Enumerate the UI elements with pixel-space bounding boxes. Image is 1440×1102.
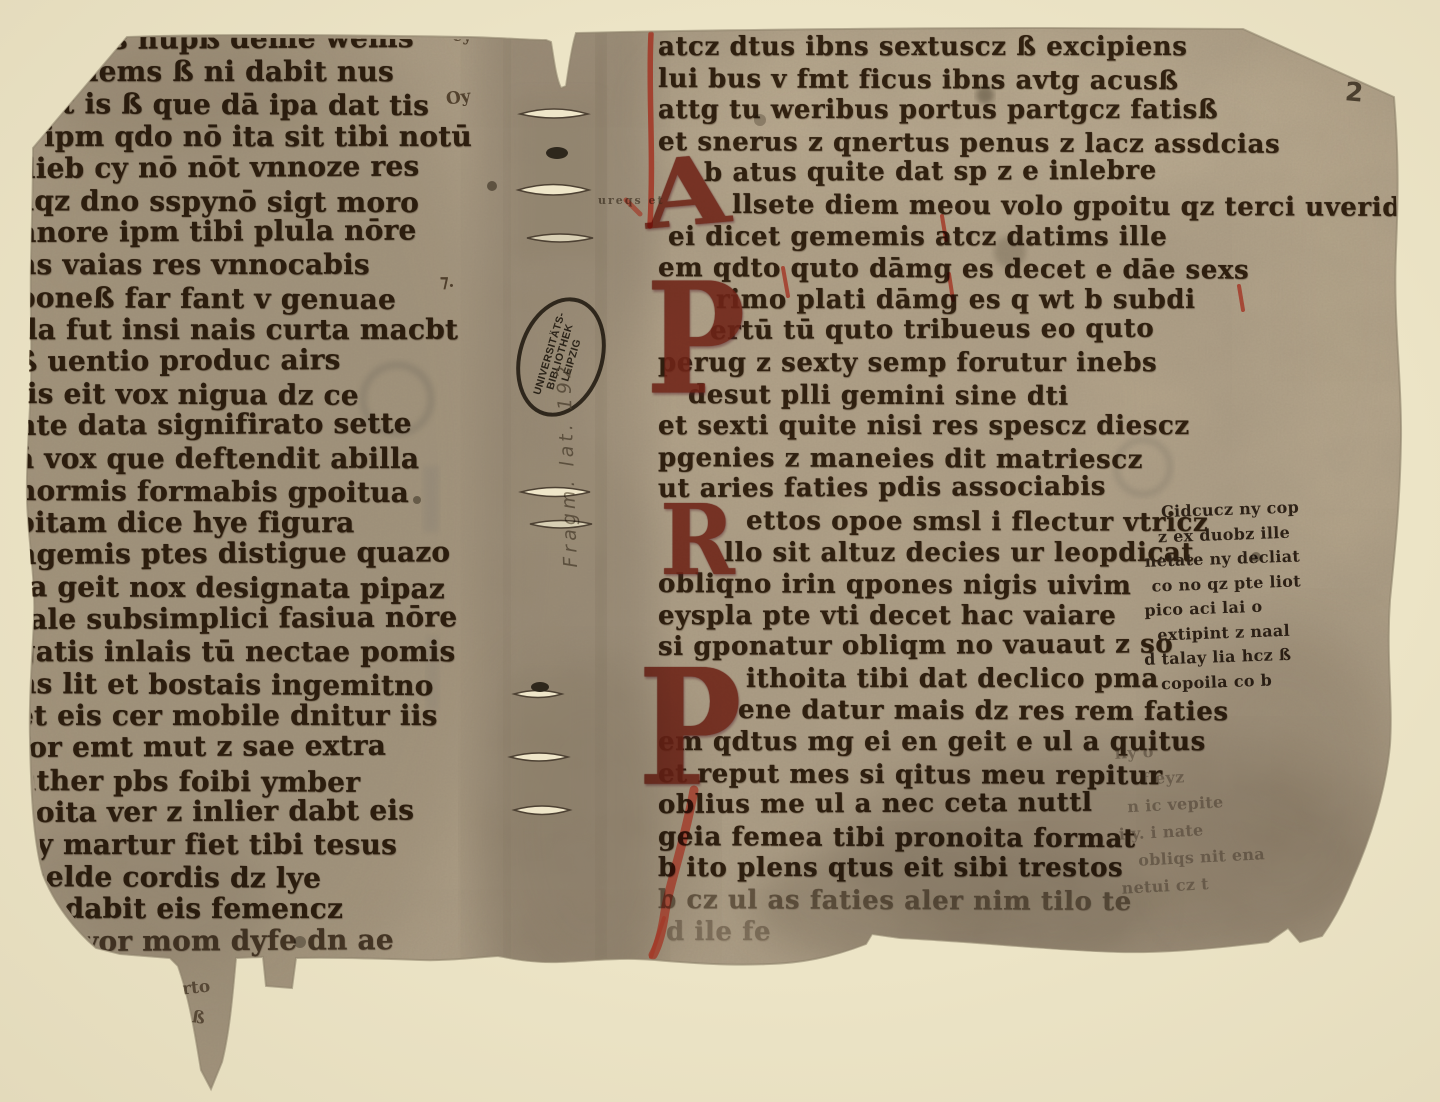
red-initial-p1: P — [646, 262, 745, 416]
manuscript-line: melde cordis dz lye — [16, 861, 472, 896]
gutter-jotting: Oy — [445, 86, 472, 109]
manuscript-line: em qdto quto dāmg es decet e dāe sexs — [658, 253, 1440, 288]
manuscript-line: lla fut insi nais curta macbt — [16, 314, 472, 346]
gutter-jotting: ⁊. — [440, 272, 454, 292]
manuscript-line: poneß far fant v genuae — [16, 282, 472, 317]
red-initial-r: R — [660, 492, 735, 589]
left-page-text: ms nūpß deme wemssplems ß ni dabit nusta… — [16, 24, 472, 958]
manuscript-line: attg tu weribus portus partgcz fatisß — [658, 95, 1440, 127]
manuscript-line: b atus quite dat sp z e inlebre — [704, 155, 1440, 190]
manuscript-line: llsete diem meou volo gpoitu qz terci uv… — [732, 190, 1440, 225]
red-initial-p2: P — [638, 648, 742, 808]
margin-notes-upper: Cidcucz ny copz ex duobz illenetate ny d… — [1149, 495, 1306, 696]
manuscript-line: ß uentio produc airs — [16, 343, 472, 378]
manuscript-line: ei dicet gememis atcz datims ille — [668, 222, 1440, 254]
margin-notes-lower: ily of eyzn ic vepitei y. i nateobliqs n… — [1114, 732, 1267, 901]
manuscript-line: nnore ipm tibi plula nōre — [16, 214, 472, 249]
manuscript-line: ertū tū quto tribueus eo quto — [710, 313, 1440, 348]
manuscript-line: gatis inlais tū nectae pomis — [16, 636, 472, 668]
ink-layer: ms nūpß deme wemssplems ß ni dabit nusta… — [0, 0, 1440, 1102]
manuscript-line: uy martur fiet tibi tesus — [16, 829, 472, 861]
tail-fragment: ß — [191, 1007, 207, 1029]
manuscript-line: si gponatur obliqm no vauaut z so — [658, 628, 1440, 664]
manuscript-line: llo sit altuz decies ur leopdicat — [724, 538, 1440, 570]
manuscript-line: b ito plens qtus eit sibi trestos — [658, 853, 1440, 885]
right-page-text: atcz dtus ibns sextuscz ß excipienslui b… — [658, 32, 1440, 948]
manuscript-line: yor mom dyfe dn ae — [82, 923, 472, 958]
manuscript-line: ene datur mais dz res rem faties — [738, 695, 1440, 730]
manuscript-line: ut aries faties pdis associabis — [658, 470, 1440, 506]
manuscript-line: ā vox que deftendit abilla — [16, 443, 472, 475]
manuscript-line: for emt mut z sae extra — [16, 730, 472, 765]
manuscript-line: dieb cy nō nōt vnnoze res — [16, 150, 472, 185]
red-initial-a: A — [640, 142, 734, 243]
manuscript-line: ns vaias res vnnocabis — [16, 249, 472, 281]
manuscript-line: et eis cer mobile dnitur iis — [16, 700, 472, 732]
manuscript-photo: ms nūpß deme wemssplems ß ni dabit nusta… — [0, 0, 1440, 1102]
manuscript-line: tale subsimplici fasiua nōre — [16, 601, 472, 636]
manuscript-line: ithoita tibi dat declico pma — [746, 664, 1440, 696]
manuscript-line: oitam dice hye figura — [16, 507, 472, 539]
manuscript-line: ettos opoe smsl i flectur vtricz — [746, 506, 1440, 541]
manuscript-line: e ipm qdo nō ita sit tibi notū — [16, 121, 472, 153]
manuscript-line: rimo plati dāmg es q wt b subdi — [716, 285, 1440, 317]
manuscript-line: ns lit et bostais ingemitno — [16, 668, 472, 703]
manuscript-line: normis formabis gpoitua — [16, 475, 472, 510]
manuscript-line: geia femea tibi pronoita format — [658, 822, 1440, 857]
margin-note: copoila co b — [1161, 667, 1306, 697]
manuscript-line: obliqno irin qpones nigis uivim — [658, 569, 1440, 604]
guide-letters: ureqs et — [598, 194, 665, 207]
manuscript-line: ngemis ptes distigue quazo — [16, 536, 472, 571]
manuscript-line: splems ß ni dabit nus — [52, 56, 472, 88]
margin-note: co no qz pte liot — [1151, 569, 1302, 599]
tail-fragment: rto — [181, 977, 211, 1000]
manuscript-line: tat is ß que dā ipa dat tis — [30, 88, 472, 123]
manuscript-line: b cz ul as faties aler nim tilo te — [658, 885, 1440, 920]
manuscript-line: et sexti quite nisi res spescz diescz — [658, 411, 1440, 443]
manuscript-line: em qdtus mg ei en geit e ul a quitus — [658, 727, 1440, 759]
manuscript-line: oblius me ul a nec ceta nuttl — [658, 786, 1440, 822]
manuscript-line: poita ver z inlier dabt eis — [16, 794, 472, 829]
manuscript-line: perug z sexty semp forutur inebs — [658, 348, 1440, 380]
manuscript-line: nte data signifirato sette — [16, 408, 472, 443]
manuscript-line: desut plli gemini sine dti — [688, 380, 1440, 415]
manuscript-line: lui bus v fmt ficus ibns avtg acusß — [658, 64, 1440, 99]
manuscript-line: ne dabit eis femencz — [16, 893, 472, 925]
